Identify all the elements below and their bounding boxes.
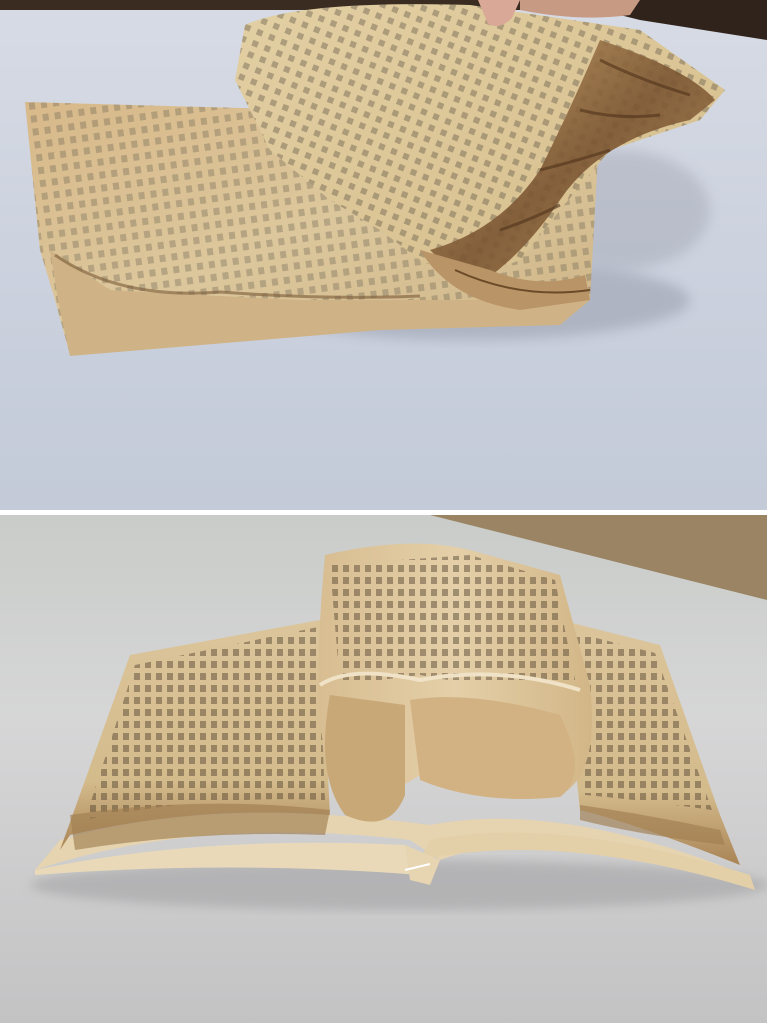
- photo-top-book-pages-lifted: [0, 0, 767, 510]
- photo-bottom-book-folded-leaf: [0, 515, 767, 1023]
- top-photo-illustration: [0, 0, 767, 510]
- bottom-photo-illustration: [0, 515, 767, 1023]
